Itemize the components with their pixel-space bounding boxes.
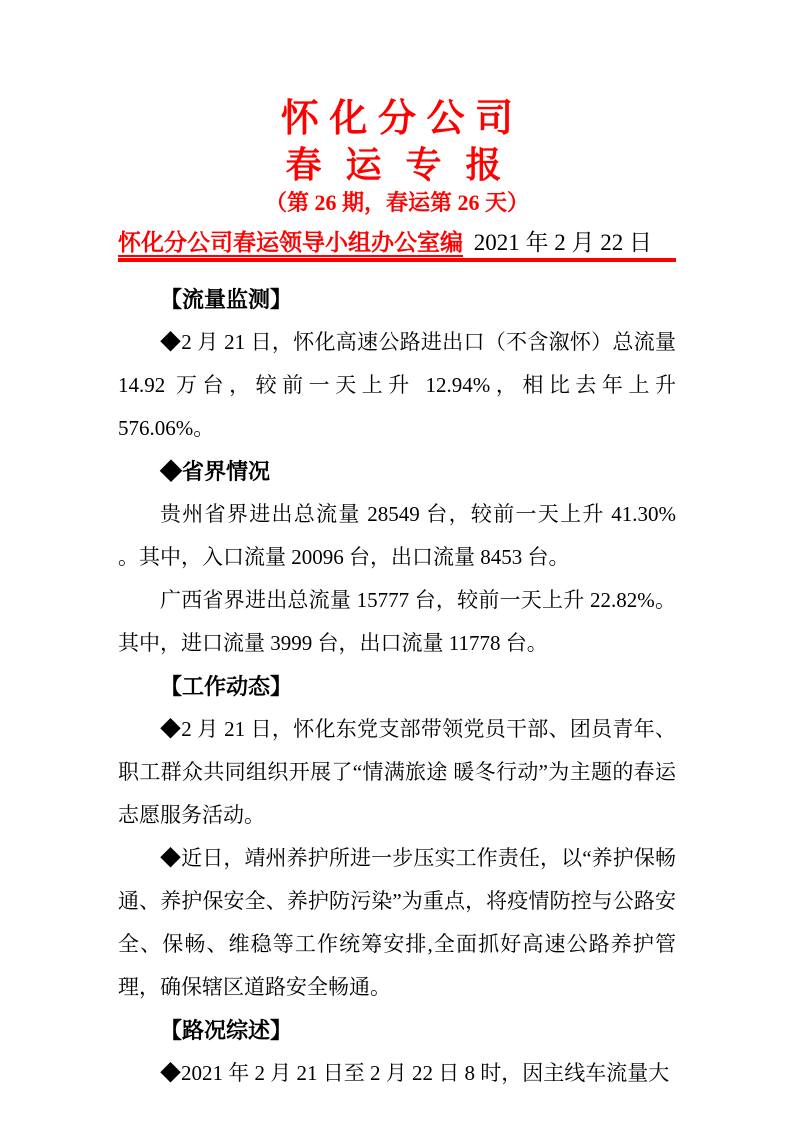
masthead-date: 2021 年 2 月 22 日 bbox=[474, 230, 676, 256]
subheading-province-border: ◆省界情况 bbox=[118, 450, 676, 493]
section-heading-road-summary: 【路况综述】 bbox=[118, 1009, 676, 1052]
document-body: 【流量监测】 ◆2 月 21 日，怀化高速公路进出口（不含溆怀）总流量 14.9… bbox=[118, 278, 676, 1095]
paragraph-road-condition: ◆2021 年 2 月 21 日至 2 月 22 日 8 时，因主线车流量大 bbox=[118, 1052, 676, 1095]
paragraph-volunteer-activity: ◆2 月 21 日，怀化东党支部带领党员干部、团员青年、职工群众共同组织开展了“… bbox=[118, 708, 676, 837]
red-divider-rule bbox=[118, 258, 676, 262]
section-heading-traffic-monitoring: 【流量监测】 bbox=[118, 278, 676, 321]
document-content: 怀 化 分 公 司 春 运 专 报 （第 26 期，春运第 26 天） 怀化分公… bbox=[118, 96, 676, 1095]
issue-number: （第 26 期，春运第 26 天） bbox=[118, 190, 676, 216]
paragraph-guizhou-border: 贵州省界进出总流量 28549 台，较前一天上升 41.30% 。其中，入口流量… bbox=[118, 493, 676, 579]
document-page: 怀 化 分 公 司 春 运 专 报 （第 26 期，春运第 26 天） 怀化分公… bbox=[0, 0, 793, 1122]
paragraph-maintenance-work: ◆近日，靖州养护所进一步压实工作责任，以“养护保畅通、养护保安全、养护防污染”为… bbox=[118, 837, 676, 1009]
paragraph-total-flow: ◆2 月 21 日，怀化高速公路进出口（不含溆怀）总流量 14.92 万台，较前… bbox=[118, 321, 676, 450]
masthead: 怀化分公司春运领导小组办公室编 2021 年 2 月 22 日 bbox=[118, 230, 676, 256]
report-title: 春 运 专 报 bbox=[118, 142, 676, 188]
paragraph-guangxi-border: 广西省界进出总流量 15777 台，较前一天上升 22.82%。其中，进口流量 … bbox=[118, 579, 676, 665]
company-title: 怀 化 分 公 司 bbox=[118, 96, 676, 142]
masthead-editor: 怀化分公司春运领导小组办公室编 bbox=[118, 230, 463, 256]
section-heading-work-dynamics: 【工作动态】 bbox=[118, 665, 676, 708]
